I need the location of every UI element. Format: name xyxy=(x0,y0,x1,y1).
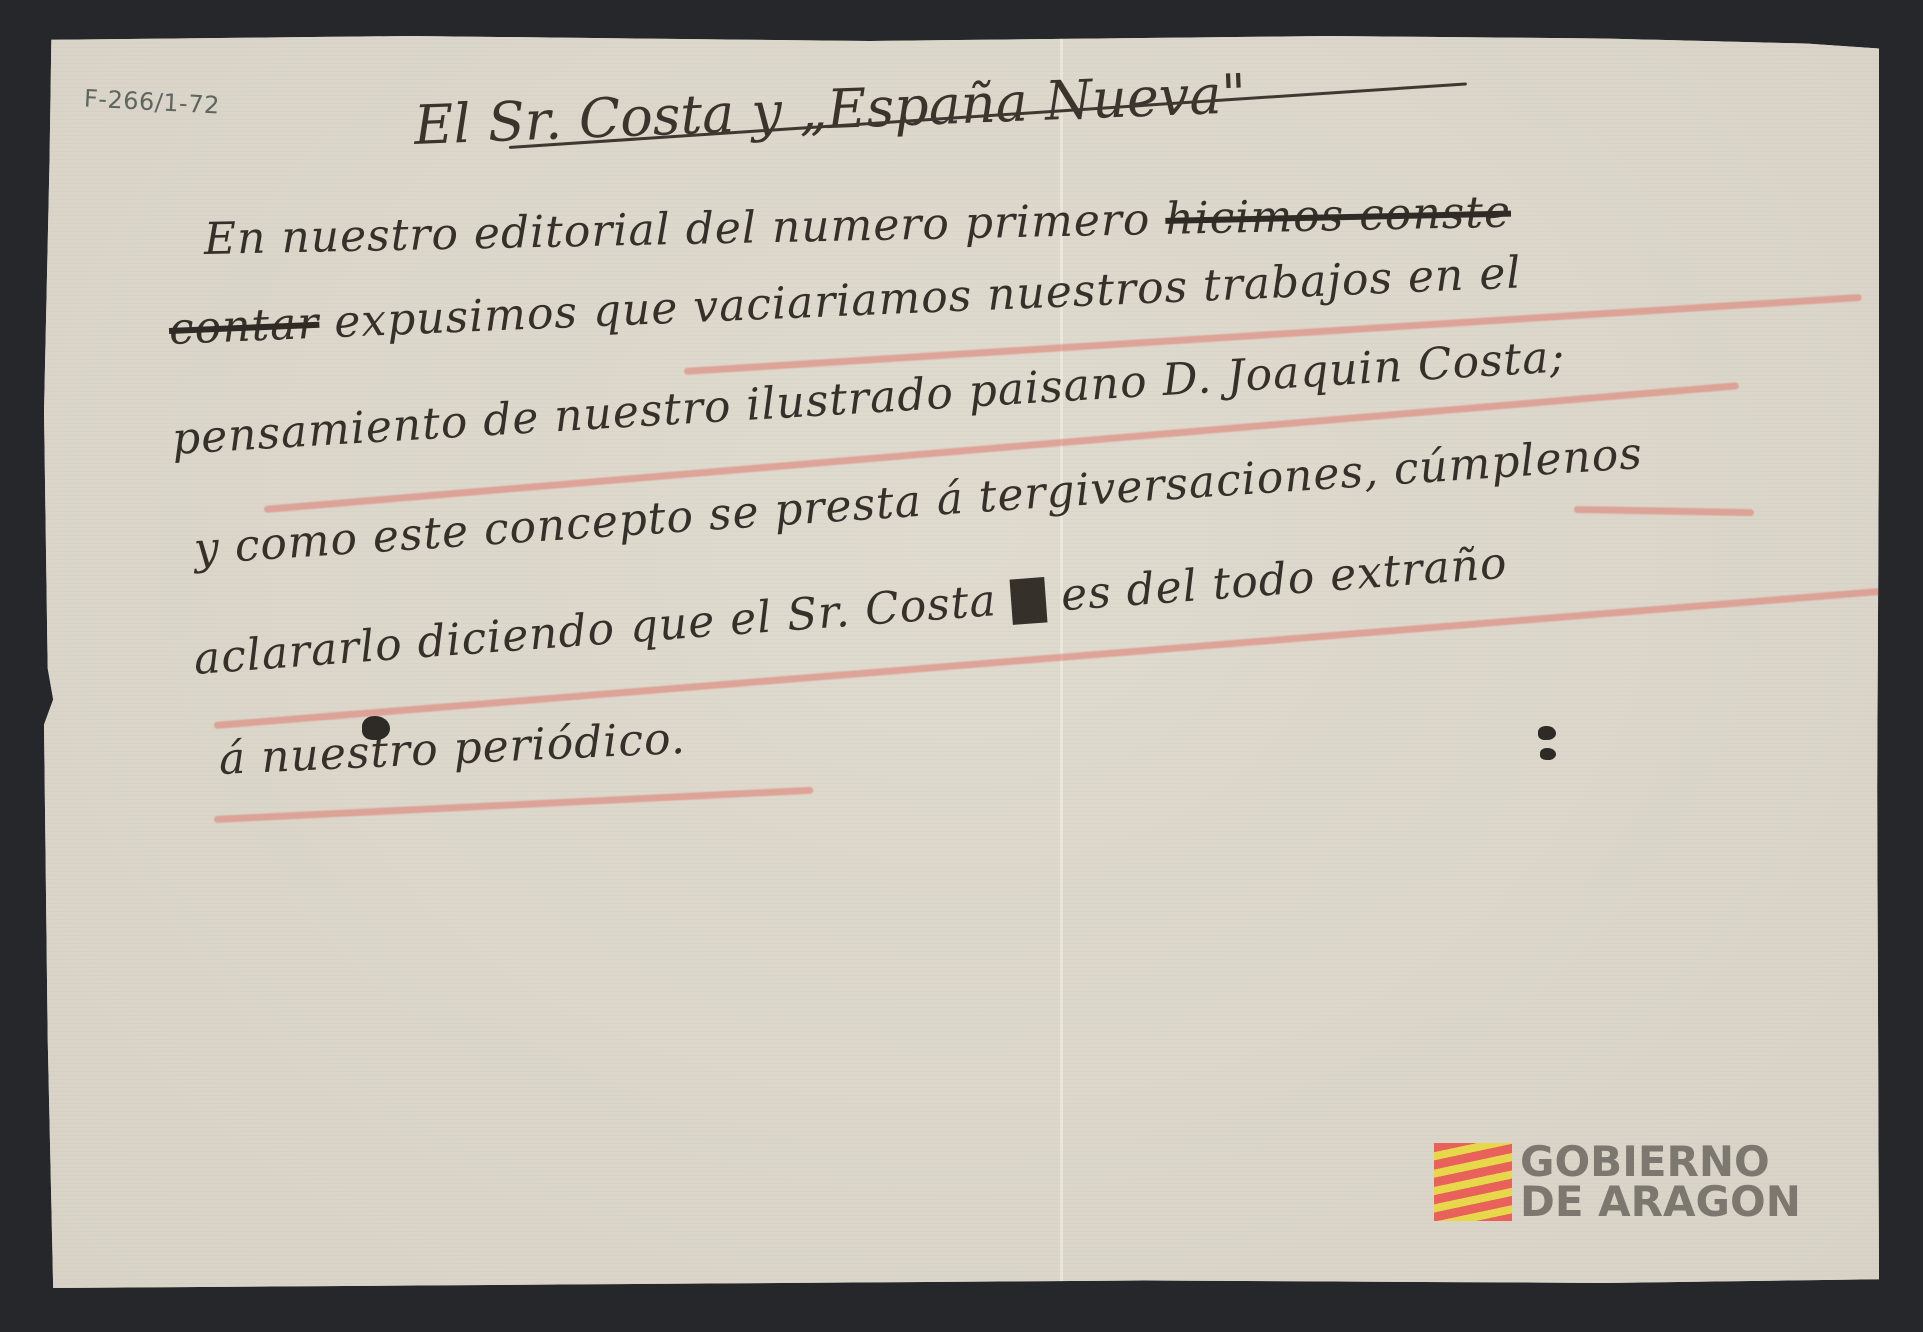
ink-blot xyxy=(1538,726,1556,740)
text-line-6: á nuestro periódico. xyxy=(218,713,687,785)
manuscript-page: F-266/1-72 El Sr. Costa y „España Nueva"… xyxy=(44,36,1879,1288)
text-line-2: contar expusimos que vaciariamos nuestro… xyxy=(168,247,1522,355)
text-line-3: pensamiento de nuestro ilustrado paisano… xyxy=(170,331,1566,465)
ink-blot xyxy=(1540,748,1556,760)
ink-blot xyxy=(362,716,390,740)
line-text: á nuestro periódico. xyxy=(218,713,687,785)
logo-line-2: DE ARAGON xyxy=(1520,1182,1801,1222)
struck-text: hicimos conste xyxy=(1165,187,1512,245)
line-text: pensamiento de nuestro ilustrado paisano… xyxy=(170,331,1566,465)
archive-reference: F-266/1-72 xyxy=(83,84,220,119)
line-text: En nuestro editorial del numero primero xyxy=(203,194,1150,265)
document-title: El Sr. Costa y „España Nueva" xyxy=(413,62,1248,157)
logo-line-1: GOBIERNO xyxy=(1520,1142,1801,1182)
logo-text: GOBIERNO DE ARAGON xyxy=(1520,1142,1801,1222)
aragon-flag-icon xyxy=(1434,1143,1512,1221)
struck-text: contar xyxy=(168,298,320,355)
red-pencil-underline xyxy=(1574,506,1754,516)
gobierno-aragon-logo: GOBIERNO DE ARAGON xyxy=(1434,1142,1801,1222)
red-pencil-underline xyxy=(214,787,814,823)
text-line-1: En nuestro editorial del numero primero … xyxy=(203,187,1511,265)
